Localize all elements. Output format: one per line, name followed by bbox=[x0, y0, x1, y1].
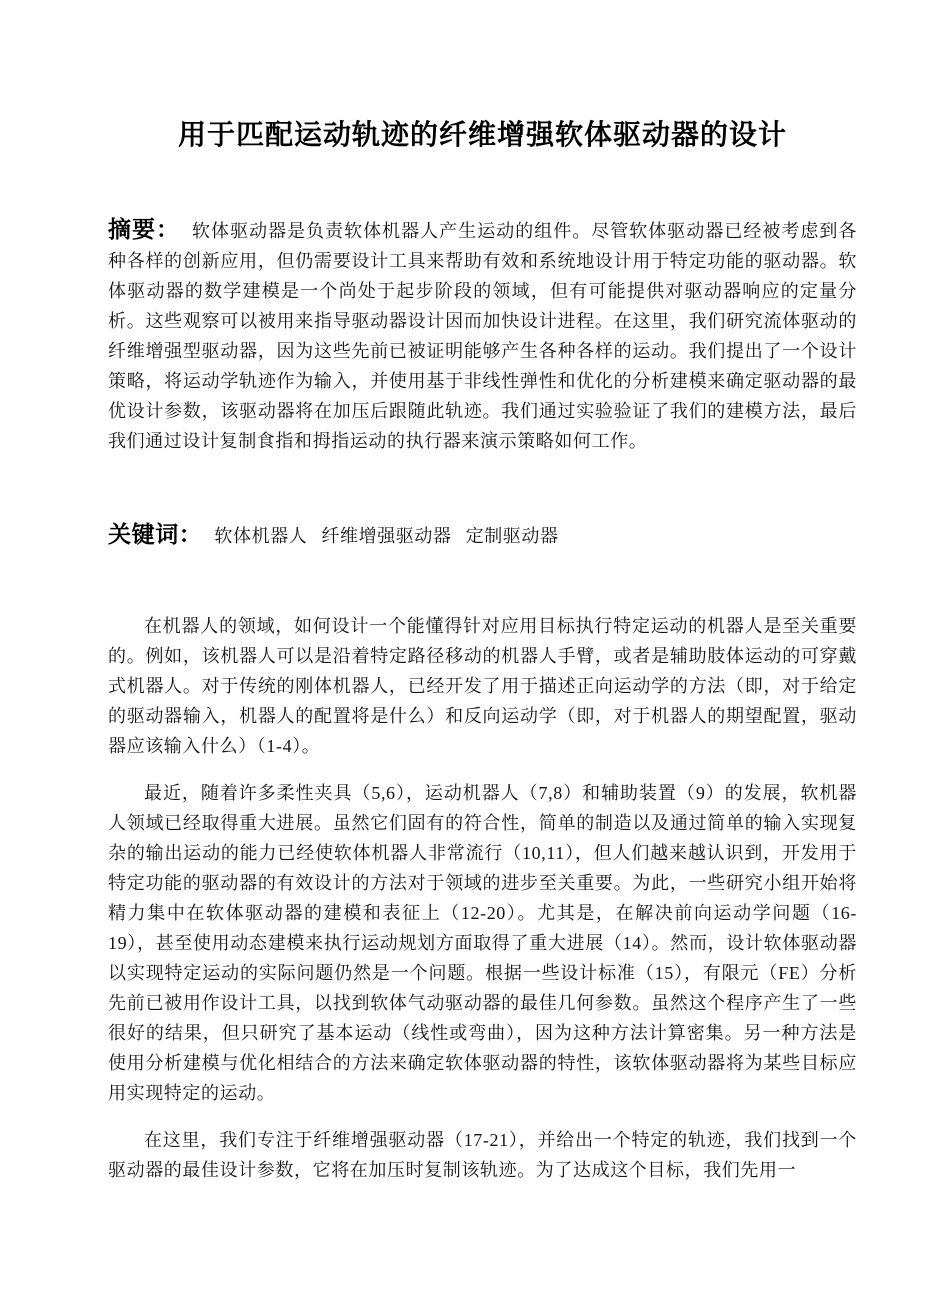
keyword-item: 纤维增强驱动器 bbox=[321, 526, 451, 546]
abstract-label: 摘要： bbox=[108, 216, 180, 242]
abstract-text: 软体驱动器是负责软体机器人产生运动的组件。尽管软体驱动器已经被考虑到各种各样的创… bbox=[108, 221, 857, 451]
keywords-row: 关键词：软体机器人纤维增强驱动器定制驱动器 bbox=[108, 519, 857, 551]
body-paragraph: 在这里，我们专注于纤维增强驱动器（17-21），并给出一个特定的轨迹，我们找到一… bbox=[108, 1125, 857, 1185]
document-title: 用于匹配运动轨迹的纤维增强软体驱动器的设计 bbox=[108, 118, 857, 152]
body-paragraph: 最近，随着许多柔性夹具（5,6），运动机器人（7,8）和辅助装置（9）的发展，软… bbox=[108, 778, 857, 1108]
keyword-item: 软体机器人 bbox=[214, 526, 307, 546]
body-paragraph: 在机器人的领域，如何设计一个能懂得针对应用目标执行特定运动的机器人是至关重要的。… bbox=[108, 611, 857, 761]
document-page: 用于匹配运动轨迹的纤维增强软体驱动器的设计 摘要：软体驱动器是负责软体机器人产生… bbox=[0, 0, 926, 1309]
document-body: 在机器人的领域，如何设计一个能懂得针对应用目标执行特定运动的机器人是至关重要的。… bbox=[108, 611, 857, 1185]
abstract-paragraph: 摘要：软体驱动器是负责软体机器人产生运动的组件。尽管软体驱动器已经被考虑到各种各… bbox=[108, 214, 857, 456]
keywords-label: 关键词： bbox=[108, 521, 202, 547]
keyword-item: 定制驱动器 bbox=[466, 526, 559, 546]
